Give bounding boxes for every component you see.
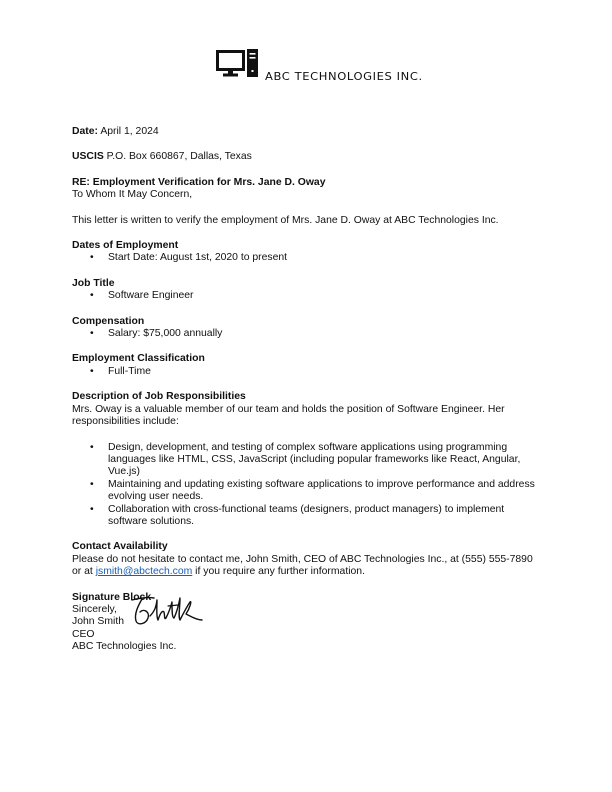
list-item: Salary: $75,000 annually xyxy=(72,328,542,340)
company-logo: ABC TECHNOLOGIES INC. xyxy=(216,48,456,88)
email-link[interactable]: jsmith@abctech.com xyxy=(96,566,193,577)
handwritten-signature-icon xyxy=(128,594,206,630)
recipient-label: USCIS xyxy=(72,151,104,162)
date-line: Date: April 1, 2024 xyxy=(72,126,542,138)
section-heading: Contact Availability xyxy=(72,541,542,553)
section-compensation: Compensation Salary: $75,000 annually xyxy=(72,316,542,341)
section-heading: Employment Classification xyxy=(72,353,542,365)
company-name: ABC TECHNOLOGIES INC. xyxy=(265,71,423,82)
contact-text-end: if you require any further information. xyxy=(192,566,365,577)
section-dates-of-employment: Dates of Employment Start Date: August 1… xyxy=(72,240,542,265)
list-item: Full-Time xyxy=(72,366,542,378)
contact-paragraph: Please do not hesitate to contact me, Jo… xyxy=(72,554,542,579)
letter-body: Date: April 1, 2024 USCIS P.O. Box 66086… xyxy=(72,126,542,654)
date-label: Date: xyxy=(72,126,98,137)
list-item: Start Date: August 1st, 2020 to present xyxy=(72,252,542,264)
salutation: To Whom It May Concern, xyxy=(72,189,542,201)
signer-title: CEO xyxy=(72,629,542,641)
section-heading: Description of Job Responsibilities xyxy=(72,391,542,403)
responsibilities-intro: Mrs. Oway is a valuable member of our te… xyxy=(72,404,542,429)
recipient-address: P.O. Box 660867, Dallas, Texas xyxy=(107,151,252,162)
list-item: Maintaining and updating existing softwa… xyxy=(72,479,542,504)
date-value: April 1, 2024 xyxy=(100,126,158,137)
section-heading: Dates of Employment xyxy=(72,240,542,252)
intro-paragraph: This letter is written to verify the emp… xyxy=(72,215,542,227)
section-heading: Job Title xyxy=(72,278,542,290)
signer-company: ABC Technologies Inc. xyxy=(72,641,542,653)
section-contact: Contact Availability Please do not hesit… xyxy=(72,541,542,578)
section-heading: Compensation xyxy=(72,316,542,328)
section-employment-classification: Employment Classification Full-Time xyxy=(72,353,542,378)
list-item: Design, development, and testing of comp… xyxy=(72,442,542,479)
list-item: Software Engineer xyxy=(72,290,542,302)
computer-monitor-tower-icon xyxy=(216,48,260,78)
signature-block: Signature Block Sincerely, John Smith CE… xyxy=(72,592,542,654)
section-job-title: Job Title Software Engineer xyxy=(72,278,542,303)
list-item: Collaboration with cross-functional team… xyxy=(72,504,542,529)
section-responsibilities: Description of Job Responsibilities Mrs.… xyxy=(72,391,542,528)
recipient-line: USCIS P.O. Box 660867, Dallas, Texas xyxy=(72,151,542,163)
subject-line: RE: Employment Verification for Mrs. Jan… xyxy=(72,177,542,189)
